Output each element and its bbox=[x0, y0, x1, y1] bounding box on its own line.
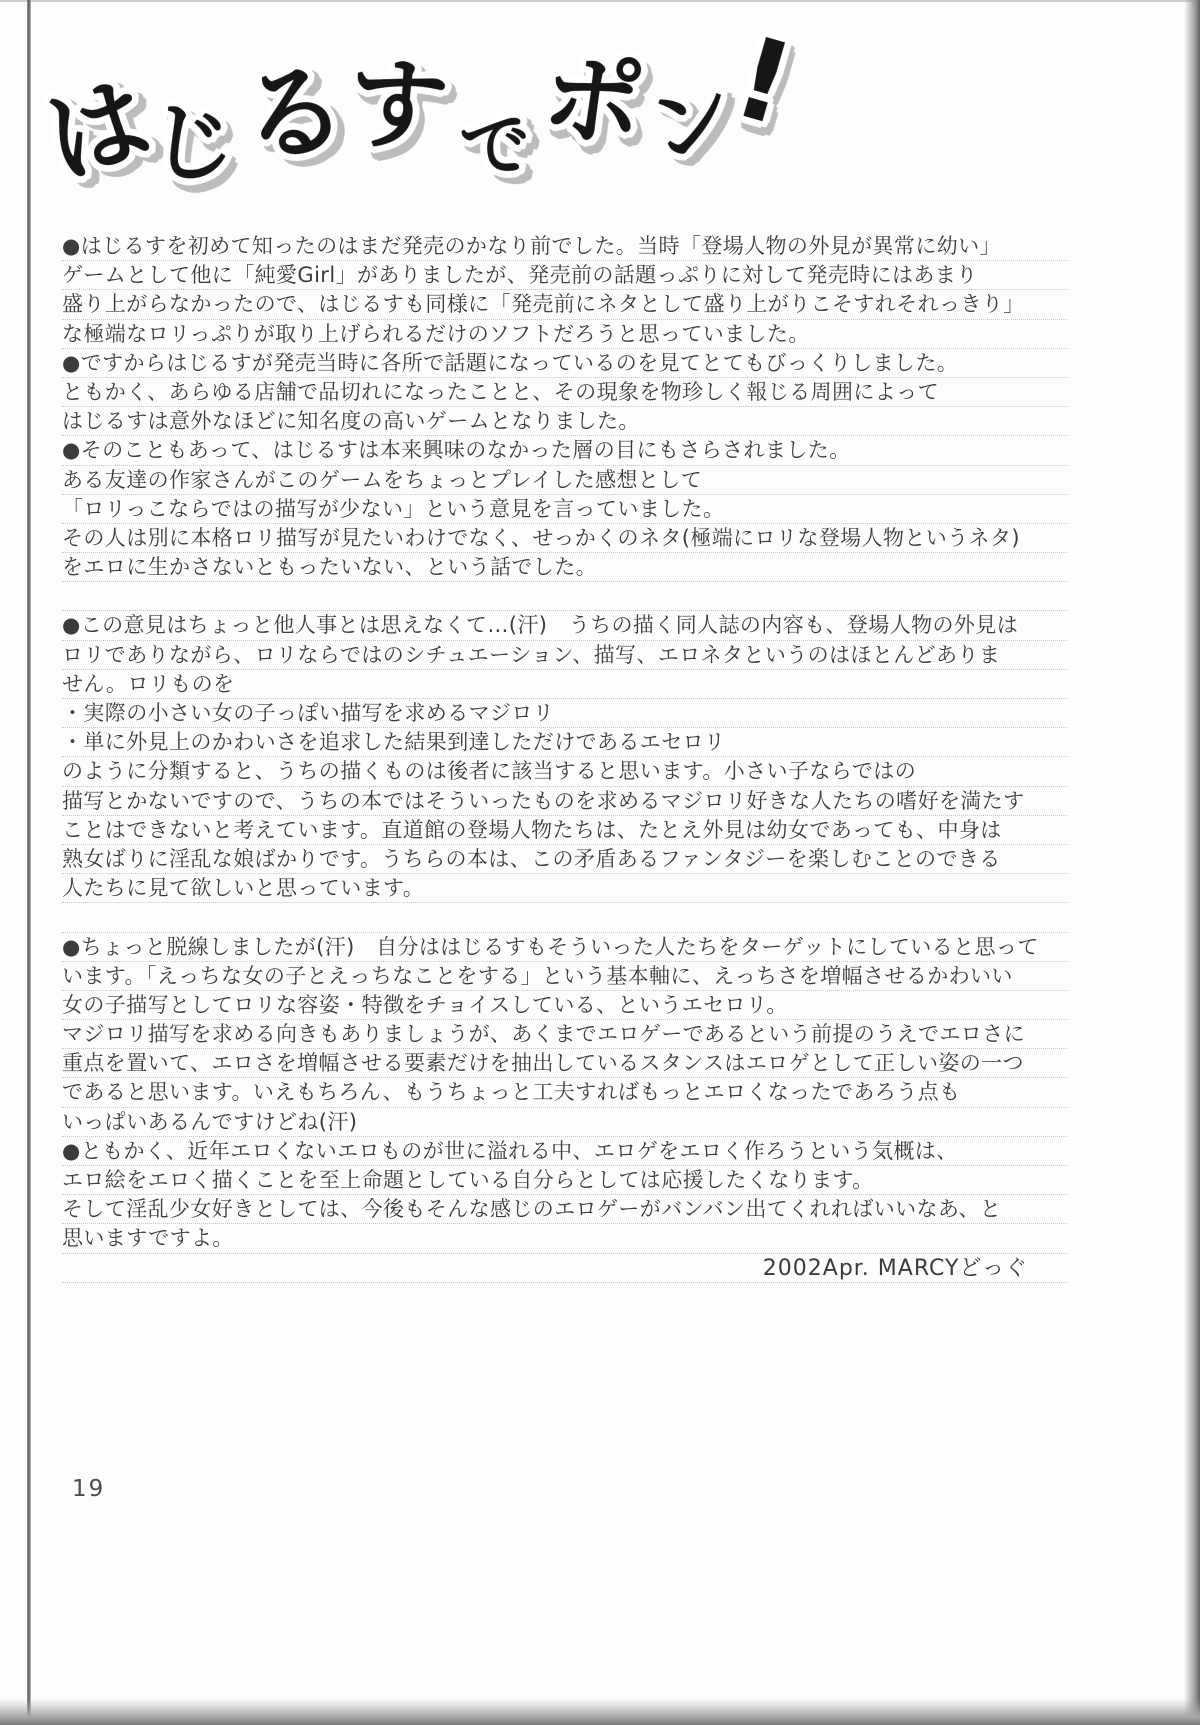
text-area: ●はじるすを初めて知ったのはまだ発売のかなり前でした。当時「登場人物の外見が異常… bbox=[62, 232, 1068, 1283]
text-line: ある友達の作家さんがこのゲームをちょっとプレイした感想として bbox=[62, 466, 1068, 495]
text-line: はじるすは意外なほどに知名度の高いゲームとなりました。 bbox=[62, 407, 1068, 436]
text-line: ●ともかく、近年エロくないエロものが世に溢れる中、エロゲをエロく作ろうという気概… bbox=[62, 1137, 1068, 1166]
text-line: ●ですからはじるすが発売当時に各所で話題になっているのを見てとてもびっくりしまし… bbox=[62, 349, 1068, 378]
text-line: ことはできないと考えています。直道館の登場人物たちは、たとえ外見は幼女であっても… bbox=[62, 816, 1068, 845]
text-line: をエロに生かさないともったいない、という話でした。 bbox=[62, 553, 1068, 582]
text-line: であると思います。いえもちろん、もうちょっと工夫すればもっとエロくなったであろう… bbox=[62, 1078, 1068, 1107]
text-line: いっぱいあるんですけどね(汗) bbox=[62, 1108, 1068, 1137]
text-line: 重点を置いて、エロさを増幅させる要素だけを抽出しているスタンスはエロゲとして正し… bbox=[62, 1049, 1068, 1078]
text-line: そして淫乱少女好きとしては、今後もそんな感じのエロゲーがバンバン出てくれればいい… bbox=[62, 1195, 1068, 1224]
title-logo-char: じ bbox=[147, 98, 239, 190]
text-line: 盛り上がらなかったので、はじるすも同様に「発売前にネタとして盛り上がりこそすれそ… bbox=[62, 290, 1068, 319]
text-line: な極端なロリっぷりが取り上げられるだけのソフトだろうと思っていました。 bbox=[62, 320, 1068, 349]
text-line: せん。ロリものを bbox=[62, 670, 1068, 699]
title-logo-char: は bbox=[36, 69, 160, 193]
text-line: ●ちょっと脱線しましたが(汗) 自分ははじるすもそういった人たちをターゲットにし… bbox=[62, 933, 1068, 962]
text-line: 熟女ばりに淫乱な娘ばかりです。うちらの本は、この矛盾あるファンタジーを楽しむこと… bbox=[62, 845, 1068, 874]
text-line: ●はじるすを初めて知ったのはまだ発売のかなり前でした。当時「登場人物の外見が異常… bbox=[62, 232, 1068, 261]
text-line: 描写とかないですので、うちの本ではそういったものを求めるマジロリ好きな人たちの嗜… bbox=[62, 787, 1068, 816]
title-logo-char: で bbox=[457, 108, 535, 186]
scan-edge-bottom bbox=[0, 1699, 1200, 1725]
title-logo-char: ! bbox=[723, 21, 803, 143]
scan-edge-top bbox=[0, 0, 1200, 2]
text-line: ●そのこともあって、はじるすは本来興味のなかった層の目にもさらされました。 bbox=[62, 436, 1068, 465]
text-line bbox=[62, 903, 1068, 932]
text-line: います。「えっちな女の子とえっちなことをする」という基本軸に、えっちさを増幅させ… bbox=[62, 962, 1068, 991]
text-line: ともかく、あらゆる店舗で品切れになったことと、その現象を物珍しく報じる周囲によっ… bbox=[62, 378, 1068, 407]
text-line: エロ絵をエロく描くことを至上命題としている自分らとしては応援したくなります。 bbox=[62, 1166, 1068, 1195]
text-line: 思いますですよ。 bbox=[62, 1224, 1068, 1253]
text-line bbox=[62, 582, 1068, 611]
title-logo: はじるすでポン! bbox=[43, 42, 649, 243]
signature-line: 2002Apr. MARCYどっぐ bbox=[62, 1254, 1068, 1283]
text-line: のように分類すると、うちの描くものは後者に該当すると思います。小さい子ならではの bbox=[62, 757, 1068, 786]
text-line: ●この意見はちょっと他人事とは思えなくて…(汗) うちの描く同人誌の内容も、登場… bbox=[62, 611, 1068, 640]
text-line: ロリでありながら、ロリならではのシチュエーション、描写、エロネタというのはほとん… bbox=[62, 641, 1068, 670]
scan-edge-left bbox=[27, 0, 31, 1725]
text-line: ・単に外見上のかわいさを追求した結果到達しただけであるエセロリ bbox=[62, 728, 1068, 757]
text-line: 人たちに見て欲しいと思っています。 bbox=[62, 874, 1068, 903]
scan-edge-right bbox=[1184, 0, 1200, 1725]
page-number: 19 bbox=[72, 1476, 105, 1502]
title-logo-char: ポ bbox=[537, 45, 650, 158]
text-line: 女の子描写としてロリな容姿・特徴をチョイスしている、というエセロリ。 bbox=[62, 991, 1068, 1020]
text-line: ・実際の小さい女の子っぽい描写を求めるマジロリ bbox=[62, 699, 1068, 728]
title-logo-char: す bbox=[342, 51, 452, 161]
text-line: その人は別に本格ロリ描写が見たいわけでなく、せっかくのネタ(極端にロリな登場人物… bbox=[62, 524, 1068, 553]
text-line: 「ロリっこならではの描写が少ない」という意見を言っていました。 bbox=[62, 495, 1068, 524]
text-line: マジロリ描写を求める向きもありましょうが、あくまでエロゲーであるという前提のうえ… bbox=[62, 1020, 1068, 1049]
title-logo-char: る bbox=[232, 53, 354, 175]
text-line: ゲームとして他に「純愛Girl」がありましたが、発売前の話題っぷりに対して発売時… bbox=[62, 261, 1068, 290]
